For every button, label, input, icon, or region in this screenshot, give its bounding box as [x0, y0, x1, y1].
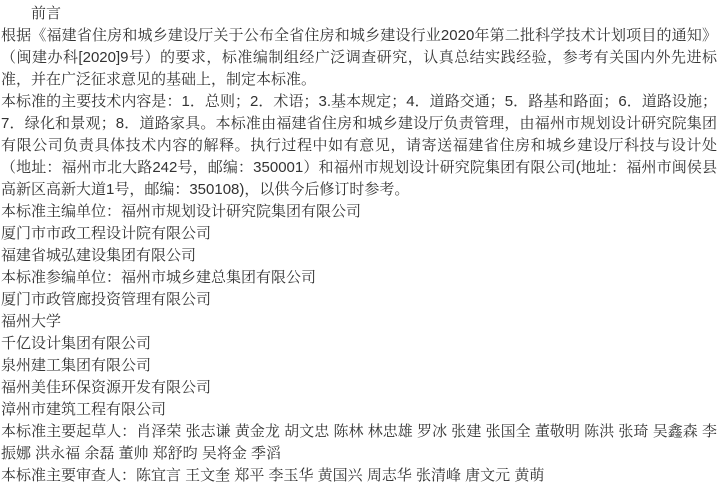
preface-heading: 前言 [1, 3, 717, 25]
document-page: 前言 根据《福建省住房和城乡建设厅关于公布全省住房和城乡建设行业2020年第二批… [0, 0, 718, 504]
paragraph-org: 漳州市建筑工程有限公司 [1, 399, 717, 421]
paragraph-org: 泉州建工集团有限公司 [1, 355, 717, 377]
paragraph-basis: 根据《福建省住房和城乡建设厅关于公布全省住房和城乡建设行业2020年第二批科学技… [1, 25, 717, 91]
paragraph-participating-org: 本标准参编单位：福州市城乡建总集团有限公司 [1, 267, 717, 289]
paragraph-drafters: 本标准主要起草人：肖泽荣 张志谦 黄金龙 胡文忠 陈林 林忠雄 罗冰 张建 张国… [1, 421, 717, 465]
paragraph-reviewers: 本标准主要审查人：陈宜言 王文奎 郑平 李玉华 黄国兴 周志华 张清峰 唐文元 … [1, 465, 717, 487]
paragraph-org: 福建省城弘建设集团有限公司 [1, 245, 717, 267]
paragraph-org: 福州大学 [1, 311, 717, 333]
paragraph-chief-editing-org: 本标准主编单位：福州市规划设计研究院集团有限公司 [1, 201, 717, 223]
paragraph-org: 厦门市市政工程设计院有限公司 [1, 223, 717, 245]
paragraph-contents-and-management: 本标准的主要技术内容是：1．总则；2．术语；3.基本规定；4．道路交通；5．路基… [1, 91, 717, 201]
paragraph-org: 厦门市政管廊投资管理有限公司 [1, 289, 717, 311]
paragraph-org: 千亿设计集团有限公司 [1, 333, 717, 355]
paragraph-org: 福州美佳环保资源开发有限公司 [1, 377, 717, 399]
